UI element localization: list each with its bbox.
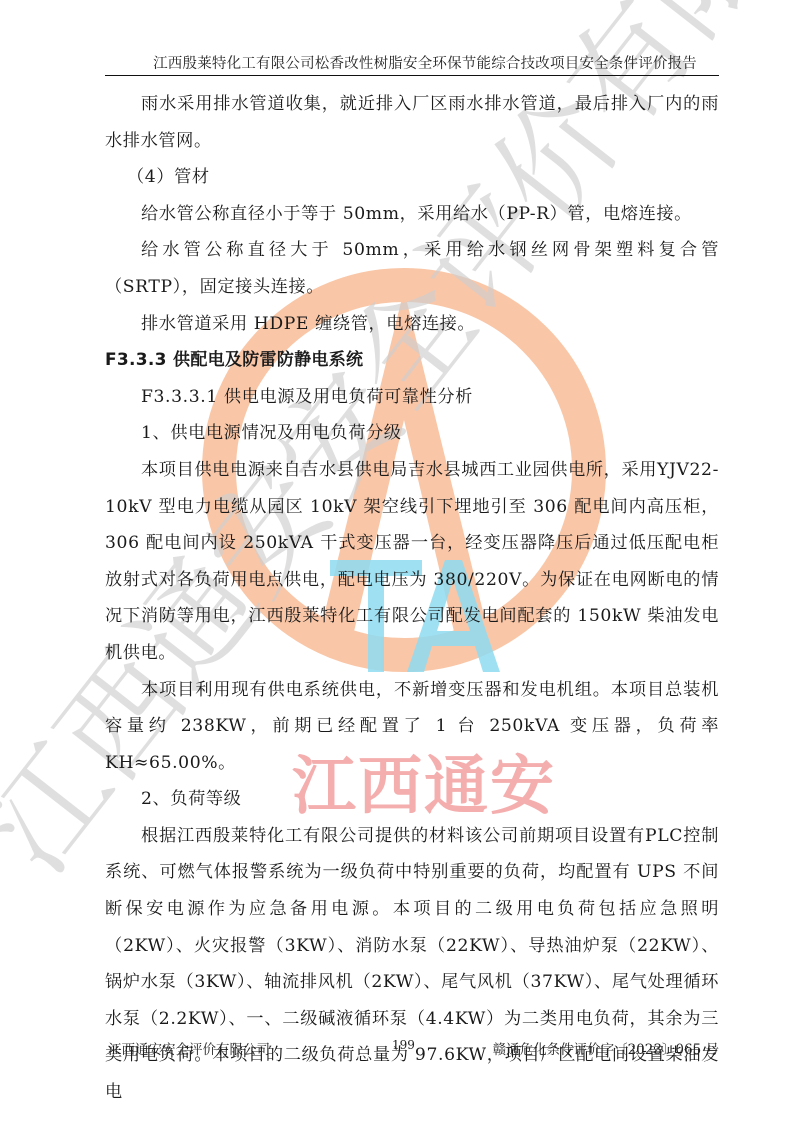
footer-doc-number: 赣通危化条件评价字〔2023〕065 号 [493,1038,719,1058]
paragraph-power-source: 本项目供电电源来自吉水县供电局吉水县城西工业园供电所，采用YJV22-10kV … [105,452,719,672]
page-footer: 江西通安安全评价有限公司 199 赣通危化条件评价字〔2023〕065 号 [105,1038,719,1058]
page-number: 199 [392,1038,415,1052]
paragraph-supply-large: 给水管公称直径大于 50mm，采用给水钢丝网骨架塑料复合管（SRTP），固定接头… [105,232,719,305]
document-page: 江西通安 江西通安安全评价有限公司 江西殷莱特化工有限公司松香改性树脂安全环保节… [0,0,794,1123]
paragraph-supply-small: 给水管公称直径小于等于 50mm，采用给水（PP-R）管，电熔连接。 [105,196,719,233]
subsection-heading: F3.3.3.1 供电电源及用电负荷可靠性分析 [105,379,719,416]
item-2-title: 2、负荷等级 [105,781,719,818]
page-body: 雨水采用排水管道收集，就近排入厂区雨水排水管道，最后排入厂内的雨水排水管网。 （… [105,86,719,1111]
page-header: 江西殷莱特化工有限公司松香改性树脂安全环保节能综合技改项目安全条件评价报告 [105,52,719,76]
header-title: 江西殷莱特化工有限公司松香改性树脂安全环保节能综合技改项目安全条件评价报告 [153,52,697,73]
section-heading: F3.3.3 供配电及防雷防静电系统 [105,342,719,379]
footer-company: 江西通安安全评价有限公司 [108,1038,270,1058]
pipe-material-label: （4）管材 [105,159,719,196]
paragraph-drain: 排水管道采用 HDPE 缠绕管，电熔连接。 [105,306,719,343]
paragraph-rainwater: 雨水采用排水管道收集，就近排入厂区雨水排水管道，最后排入厂内的雨水排水管网。 [105,86,719,159]
paragraph-existing-system: 本项目利用现有供电系统供电，不新增变压器和发电机组。本项目总装机容量约 238K… [105,672,719,782]
paragraph-load-class: 根据江西殷莱特化工有限公司提供的材料该公司前期项目设置有PLC控制系统、可燃气体… [105,818,719,1111]
item-1-title: 1、供电电源情况及用电负荷分级 [105,415,719,452]
header-rule [105,75,719,76]
